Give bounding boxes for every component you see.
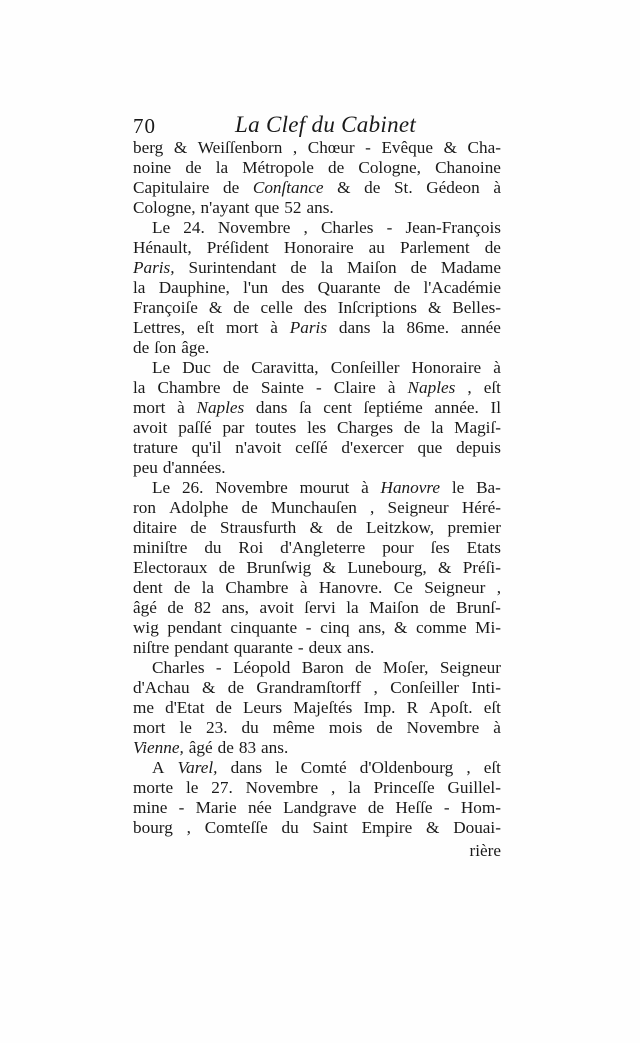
text-line: miniſtreduRoid'AngleterrepourſesEtats bbox=[133, 538, 501, 558]
text-line: Le24.Novembre,Charles-Jean-François bbox=[133, 218, 501, 238]
text-line: bourg,ComteſſeduSaintEmpire&Douai- bbox=[133, 818, 501, 838]
book-page: 70 La Clef du Cabinet berg&Weiſſenborn,C… bbox=[0, 0, 640, 1043]
text-line: ElectorauxdeBrunſwig&Lunebourg,&Préſi- bbox=[133, 558, 501, 578]
text-line: deſonâge. bbox=[133, 338, 501, 358]
text-line: Paris,SurintendantdelaMaiſondeMadame bbox=[133, 258, 501, 278]
text-line: Vienne,âgéde83ans. bbox=[133, 738, 501, 758]
text-line: CapitulairedeConſtance&deSt.Gédeonà bbox=[133, 178, 501, 198]
text-line: d'Achau&deGrandramſtorff,ConſeillerInti- bbox=[133, 678, 501, 698]
text-line: laChambredeSainte-ClaireàNaples,eſt bbox=[133, 378, 501, 398]
text-line: traturequ'iln'avoitceſſéd'exercerquedepu… bbox=[133, 438, 501, 458]
text-line: avoitpaſſépartouteslesChargesdelaMagiſ- bbox=[133, 418, 501, 438]
text-line: berg&Weiſſenborn,Chœur-Evêque&Cha- bbox=[133, 138, 501, 158]
text-line: AVarel,dansleComtéd'Oldenbourg,eſt bbox=[133, 758, 501, 778]
text-line: Françoiſe&decelledesInſcriptions&Belles- bbox=[133, 298, 501, 318]
page-number: 70 bbox=[133, 114, 156, 139]
text-line: Charles-LéopoldBarondeMoſer,Seigneur bbox=[133, 658, 501, 678]
text-line: wigpendantcinquante-cinqans,&commeMi- bbox=[133, 618, 501, 638]
text-line: noinedelaMétropoledeCologne,Chanoine bbox=[133, 158, 501, 178]
text-line: niſtrependantquarante-deuxans. bbox=[133, 638, 501, 658]
catchword: rière bbox=[133, 841, 501, 861]
text-line: mortàNaplesdansſacentſeptiémeannée.Il bbox=[133, 398, 501, 418]
text-line: Le26.NovembremourutàHanovreleBa- bbox=[133, 478, 501, 498]
text-line: mine-MarienéeLandgravedeHeſſe-Hom- bbox=[133, 798, 501, 818]
body-text: berg&Weiſſenborn,Chœur-Evêque&Cha-noined… bbox=[133, 138, 501, 838]
text-line: peud'années. bbox=[133, 458, 501, 478]
text-line: ronAdolphedeMunchauſen,SeigneurHéré- bbox=[133, 498, 501, 518]
text-line: mortele27.Novembre,laPrinceſſeGuillel- bbox=[133, 778, 501, 798]
text-line: LeDucdeCaravitta,ConſeillerHonoraireà bbox=[133, 358, 501, 378]
text-line: med'EtatdeLeursMajeſtésImp.RApoſt.eſt bbox=[133, 698, 501, 718]
text-line: Hénault,PréſidentHonoraireauParlementde bbox=[133, 238, 501, 258]
page-header: 70 La Clef du Cabinet bbox=[133, 112, 503, 138]
text-line: âgéde82ans,avoitſervilaMaiſondeBrunſ- bbox=[133, 598, 501, 618]
text-line: laDauphine,l'undesQuarantedel'Académie bbox=[133, 278, 501, 298]
text-line: Cologne,n'ayantque52ans. bbox=[133, 198, 501, 218]
text-line: ditairedeStrausfurth&deLeitzkow,premier bbox=[133, 518, 501, 538]
text-line: mortle23.dumêmemoisdeNovembreà bbox=[133, 718, 501, 738]
running-title: La Clef du Cabinet bbox=[235, 112, 416, 138]
text-line: dentdelaChambreàHanovre.CeSeigneur, bbox=[133, 578, 501, 598]
text-line: Lettres,eſtmortàParisdansla86me.année bbox=[133, 318, 501, 338]
